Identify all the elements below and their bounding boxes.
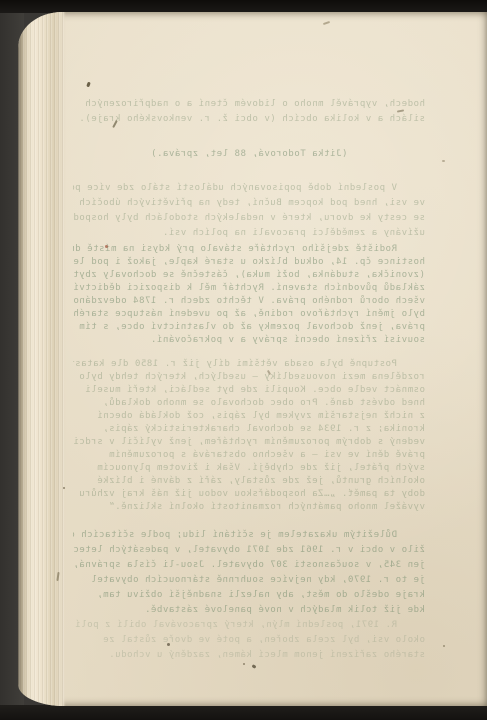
book-page: hodech, vyprávěl mnoho o lidovém čtení a… [18,12,487,706]
ghost-text-line: jen 345, v současnosti 307 obyvatel. Jso… [73,558,425,573]
ghost-paragraph-4: Důležitým ukazatelem je sčítání lidu; po… [73,528,425,618]
ghost-text-line: svých přátel, již zde chybějí. Však i ži… [73,462,425,475]
ghost-paragraph-fragment: hodech, vyprávěl mnoho o lidovém čtení a… [73,97,425,127]
ghost-text-line: Postupně byla osada většími díly již r. … [73,358,425,371]
ghost-text-line: vedený s dobrým porozuměním rychtářem, j… [73,436,425,449]
ghost-text-line: osmnáct vedle obce. Koupili zde byt sedl… [73,384,425,397]
ghost-text-line: doby ta paměť. „…Za hospodářskou vodou j… [73,488,425,501]
ghost-text-line: bylo jmění rychtářovo rodině, až po uved… [73,308,425,321]
ghost-text-line: Rodiště zdejšího rychtáře stávalo prý kd… [73,243,425,256]
ghost-text-line: užívány a zemědělci pracovali na polích … [73,226,425,241]
ghost-text-line: hostince čp. 14, odkud blízko u staré ka… [73,256,425,269]
ghost-paragraph-3: Postupně byla osada většími díly již r. … [73,358,425,514]
ghost-text-line: základů původních stavení. Rychtář měl k… [73,282,425,295]
paper-fleck [442,160,445,162]
ghost-paragraph-5: R. 1971, poslední mlýn, který zpracováva… [73,618,425,663]
ghost-text-line: (zvonička, studánka, boží muka), částečn… [73,269,425,282]
ghost-paragraph-1: V poslední době popisovaných událostí st… [73,181,425,241]
ghost-text-line: souvisí zřízení obecní správy a v pokrač… [73,334,425,347]
bleed-through-text-layer: hodech, vyprávěl mnoho o lidovém čtení a… [18,12,487,706]
ghost-text-line: hned odvést daně. Pro obec dochovalo se … [73,397,425,410]
ghost-text-line: se cesty ke dvoru, které v nedalekých st… [73,211,425,226]
ghost-paragraph-2: Rodiště zdejšího rychtáře stávalo prý kd… [73,243,425,347]
ghost-text-line: práva, jenž dochoval pozemky až do vlast… [73,321,425,334]
ghost-text-line: (Jitka Todorová, 88 let, zpráva.) [73,148,425,161]
ghost-text-line: kde již tolik mladých v nové panelové zá… [73,603,425,618]
ghost-text-line: starého zařízení jenom mlecí kámen, zazd… [73,648,425,663]
book-scan: hodech, vyprávěl mnoho o lidovém čtení a… [0,0,487,720]
ghost-text-line: okolních gruntů, jež zde zůstaly, září z… [73,475,425,488]
ghost-text-line: hodech, vyprávěl mnoho o lidovém čtení a… [73,97,425,112]
paper-fleck [167,643,170,646]
ghost-text-line: všech oborů rodného práva. V těchto zdec… [73,295,425,308]
ghost-heading: (Jitka Todorová, 88 let, zpráva.) [73,148,425,161]
ghost-text-line: právě dění ve vsi — a všechno obstarává … [73,449,425,462]
ghost-text-line: Důležitým ukazatelem je sčítání lidu; po… [73,528,425,543]
ghost-text-line: je to r. 1970, kdy nejvíce souhrnně stár… [73,573,425,588]
paper-fleck [243,663,245,665]
ghost-text-line: R. 1971, poslední mlýn, který zpracováva… [73,618,425,633]
ghost-text-line: okolo vsi, byl zcela zbořen, a poté ve d… [73,633,425,648]
paper-fleck [63,487,65,489]
ghost-text-line: kronika; z r. 1934 se dochoval charakter… [73,423,425,436]
ghost-text-line: V poslední době popisovaných událostí st… [73,181,425,196]
ghost-text-line: žilo v obci v r. 1961 zde 1071 obyvatel,… [73,543,425,558]
ghost-text-line: z nichž nejstarším zvykem byl zápis, což… [73,410,425,423]
ghost-text-line: vyvážel mnoho památných rozmanitostí oko… [73,501,425,514]
ghost-text-line: rozdělena mezi novousedlíky — usedlých, … [73,371,425,384]
scan-edge-bar-bottom [0,705,487,720]
ghost-text-line: kraje odešlo do měst, aby nalezli snadně… [73,588,425,603]
ghost-text-line: silách a v kolika obcích (v obci ž. r. v… [73,112,425,127]
ghost-text-line: ve vsi, hned pod kopcem Buční, tedy na p… [73,196,425,211]
paper-fleck [443,645,445,647]
paper-fleck [105,245,108,248]
